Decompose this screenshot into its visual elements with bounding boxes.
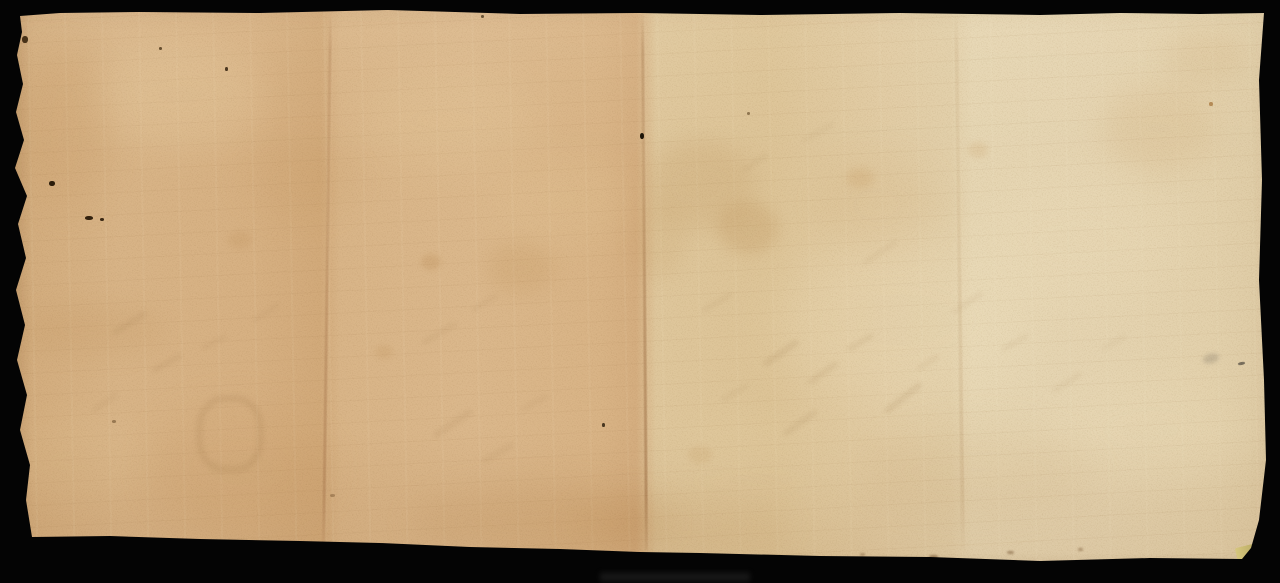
document-paper <box>0 0 1280 583</box>
edge-shading <box>0 0 1280 583</box>
scanner-artifact <box>600 573 750 581</box>
scanner-background <box>0 0 1280 583</box>
